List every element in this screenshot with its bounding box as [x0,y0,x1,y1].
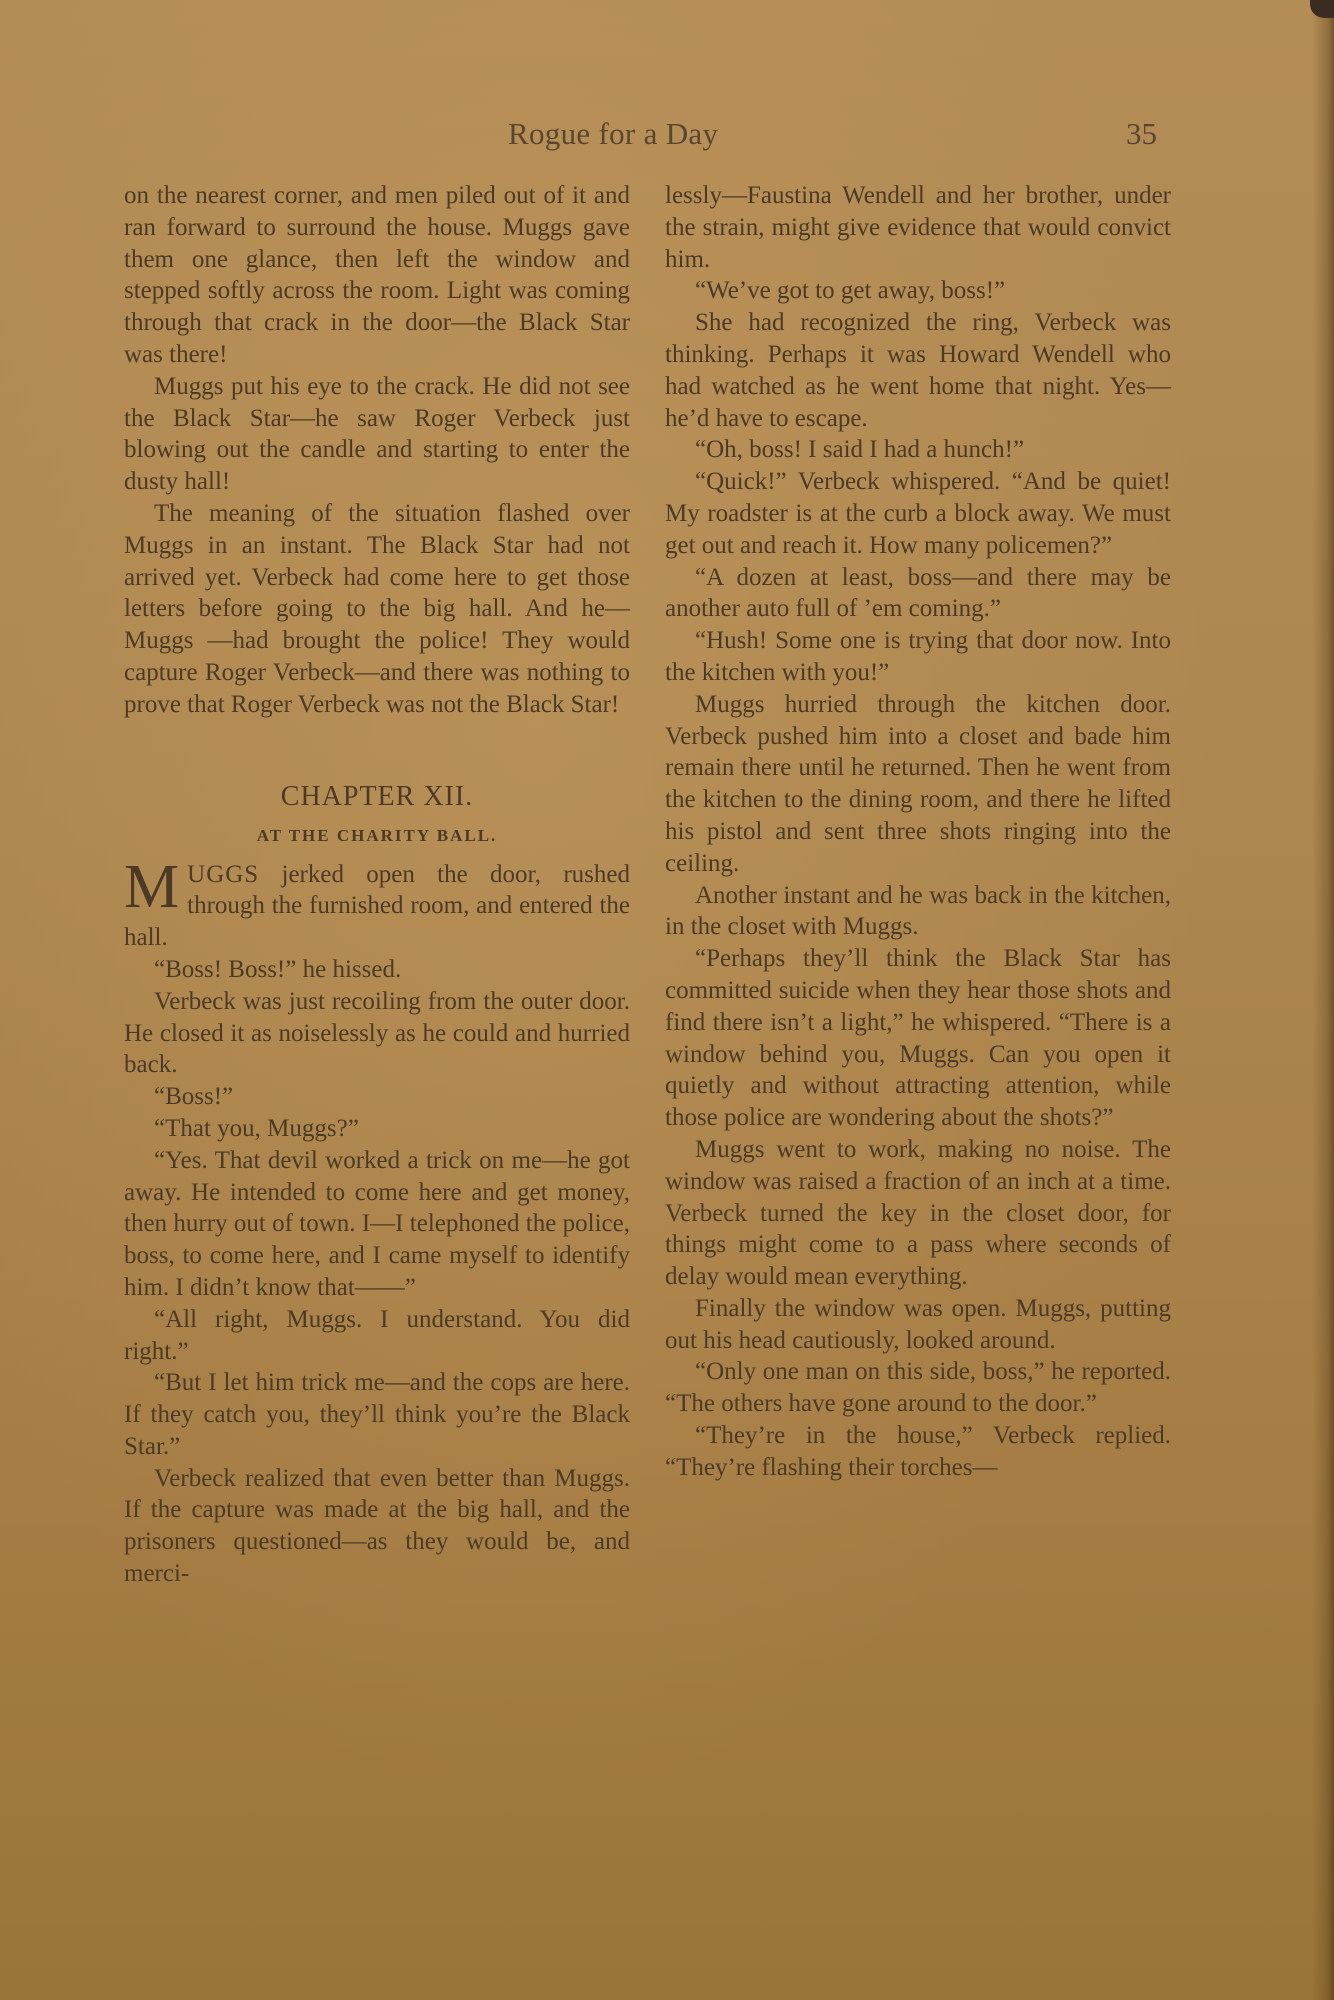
paragraph: Finally the window was open. Muggs, putt… [665,1293,1171,1357]
paragraph: She had recognized the ring, Verbeck was… [665,307,1171,434]
paragraph: “Hush! Some one is trying that door now.… [665,625,1171,689]
paragraph: Muggs put his eye to the crack. He did n… [124,371,630,498]
paragraph: “Only one man on this side, boss,” he re… [665,1356,1171,1420]
paragraph: on the nearest corner, and men piled out… [124,180,630,371]
chapter-subtitle: AT THE CHARITY BALL. [124,819,630,853]
page-edge-shadow [1312,0,1334,2000]
chapter-title: CHAPTER XII. [124,777,630,817]
running-title: Rogue for a Day [508,116,718,152]
paragraph: Verbeck was just recoiling from the oute… [124,986,630,1081]
paragraph: Another instant and he was back in the k… [665,880,1171,944]
paragraph: “Boss! Boss!” he hissed. [124,954,630,986]
paragraph: Muggs went to work, making no noise. The… [665,1134,1171,1293]
paragraph: Verbeck realized that even better than M… [124,1463,630,1590]
paragraph: “But I let him trick me—and the cops are… [124,1367,630,1462]
page-header: Rogue for a Day 35 [0,112,1334,162]
paragraph: “A dozen at least, boss—and there may be… [665,562,1171,626]
drop-cap: M [124,861,179,913]
right-column: lessly—Faustina Wendell and her brother,… [665,180,1171,1484]
paragraph: “We’ve got to get away, boss!” [665,275,1171,307]
paragraph: lessly—Faustina Wendell and her brother,… [665,180,1171,275]
paragraph: “Oh, boss! I said I had a hunch!” [665,434,1171,466]
chapter-opening-paragraph: MUGGS jerked open the door, rushed throu… [124,859,630,954]
paragraph: “All right, Muggs. I understand. You did… [124,1304,630,1368]
paragraph: The meaning of the situation flashed ove… [124,498,630,721]
paragraph: “Boss!” [124,1081,630,1113]
left-column: on the nearest corner, and men piled out… [124,180,630,1590]
book-page: Rogue for a Day 35 on the nearest corner… [0,0,1334,2000]
paragraph: “That you, Muggs?” [124,1113,630,1145]
opening-word: UGGS [187,861,259,888]
paragraph: Muggs hurried through the kitchen door. … [665,689,1171,880]
paragraph: “Quick!” Verbeck whispered. “And be quie… [665,466,1171,561]
paragraph: “They’re in the house,” Verbeck replied.… [665,1420,1171,1484]
paragraph: “Yes. That devil worked a trick on me—he… [124,1145,630,1304]
page-number: 35 [1126,116,1157,152]
paragraph: “Perhaps they’ll think the Black Star ha… [665,943,1171,1134]
